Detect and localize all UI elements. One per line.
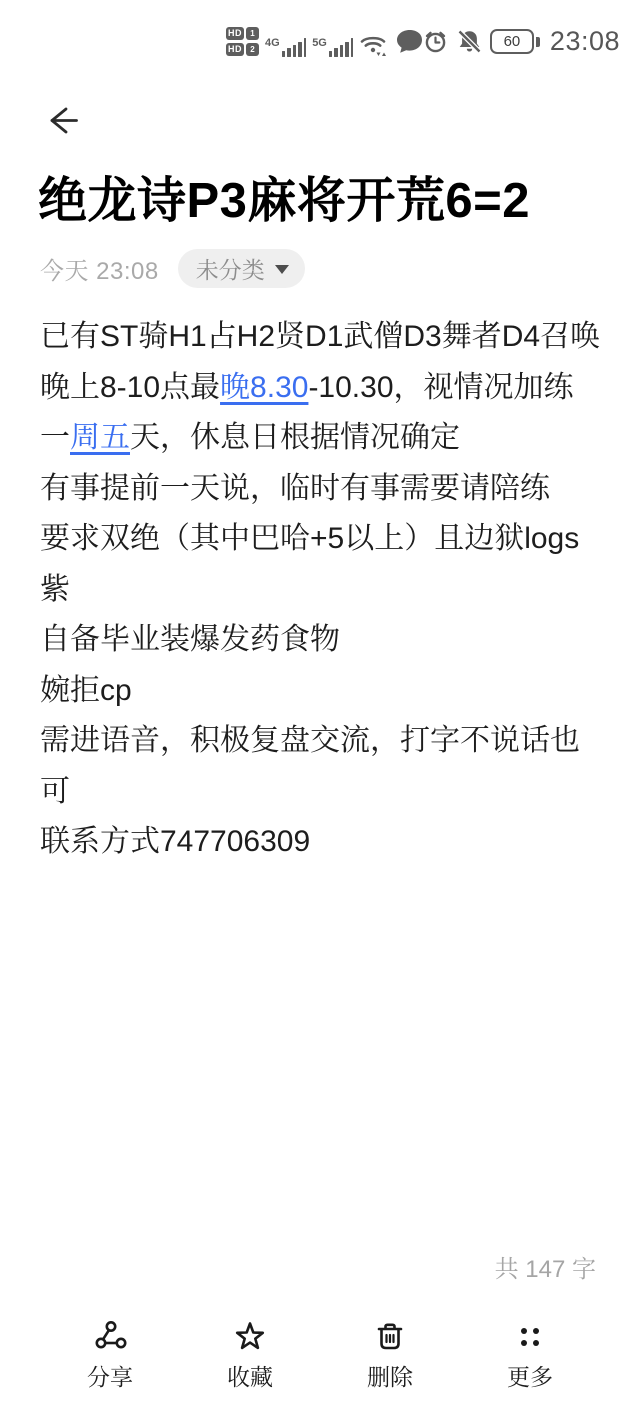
body-text: 晚上8-10点最 <box>40 371 220 404</box>
category-selector[interactable]: 未分类 <box>178 249 305 288</box>
chevron-down-icon <box>275 265 289 274</box>
body-text: 已有ST骑H1占H2贤D1武僧D3舞者D4召唤 <box>40 320 600 353</box>
volte-hd-icons: HD 1 HD 2 <box>226 27 259 56</box>
body-line: 已有ST骑H1占H2贤D1武僧D3舞者D4召唤 <box>40 312 602 363</box>
trash-icon <box>372 1318 408 1354</box>
status-left-cluster: HD 1 HD 2 4G 5G <box>226 27 424 57</box>
delete-label: 删除 <box>367 1359 413 1392</box>
more-label: 更多 <box>507 1359 553 1392</box>
battery-icon: 60 <box>490 29 540 54</box>
status-bar: HD 1 HD 2 4G 5G <box>0 0 640 72</box>
body-line: 自备毕业装爆发药食物 <box>40 615 602 666</box>
word-count: 共 147 字 <box>495 1249 596 1284</box>
hd-badge: HD <box>226 27 244 40</box>
body-text: 婉拒cp <box>40 674 132 707</box>
network-type-label: 4G <box>265 37 280 49</box>
clock-time: 23:08 <box>550 26 620 57</box>
body-line: 联系方式747706309 <box>40 817 602 868</box>
signal-5g-icon: 5G <box>312 37 353 57</box>
sim1-number: 1 <box>246 27 259 40</box>
share-icon <box>92 1318 128 1354</box>
body-line: 婉拒cp <box>40 666 602 717</box>
category-label: 未分类 <box>196 252 265 285</box>
note-meta-row: 今天 23:08 未分类 <box>40 249 305 288</box>
favorite-button[interactable]: 收藏 <box>180 1306 320 1408</box>
body-text: 有事提前一天说，临时有事需要请陪练 <box>40 472 550 505</box>
body-text: 需进语音，积极复盘交流，打字不说话也可 <box>40 724 580 808</box>
alarm-clock-icon <box>422 28 449 55</box>
star-icon <box>232 1318 268 1354</box>
bottom-toolbar: 分享 收藏 删除 更多 <box>0 1306 640 1408</box>
status-right-cluster: 60 23:08 <box>422 26 620 57</box>
network-type-label: 5G <box>312 37 327 49</box>
battery-level: 60 <box>504 33 521 50</box>
hd-sim2-icon: HD 2 <box>226 43 259 56</box>
more-icon <box>512 1318 548 1354</box>
body-line: 要求双绝（其中巴哈+5以上）且边狱logs紫 <box>40 514 602 615</box>
body-line: 一周五天，休息日根据情况确定 <box>40 413 602 464</box>
time-link[interactable]: 晚8.30 <box>220 371 308 404</box>
body-text: 自备毕业装爆发药食物 <box>40 623 340 656</box>
date-link[interactable]: 周五 <box>70 421 130 454</box>
back-button[interactable] <box>40 98 86 144</box>
share-label: 分享 <box>87 1359 133 1392</box>
body-line: 晚上8-10点最晚8.30-10.30，视情况加练 <box>40 363 602 414</box>
favorite-label: 收藏 <box>227 1359 273 1392</box>
delete-button[interactable]: 删除 <box>320 1306 460 1408</box>
body-line: 需进语音，积极复盘交流，打字不说话也可 <box>40 716 602 817</box>
wifi-icon <box>359 31 389 57</box>
share-button[interactable]: 分享 <box>40 1306 180 1408</box>
note-title[interactable]: 绝龙诗P3麻将开荒6=2 <box>38 162 620 232</box>
body-text: 联系方式747706309 <box>40 825 310 858</box>
notes-app-screen: HD 1 HD 2 4G 5G <box>0 0 640 1408</box>
signal-4g-icon: 4G <box>265 37 306 57</box>
notifications-muted-icon <box>456 28 483 55</box>
body-line: 有事提前一天说，临时有事需要请陪练 <box>40 464 602 515</box>
message-bubble-icon <box>395 28 424 55</box>
hd-badge: HD <box>226 43 244 56</box>
more-button[interactable]: 更多 <box>460 1306 600 1408</box>
note-body[interactable]: 已有ST骑H1占H2贤D1武僧D3舞者D4召唤 晚上8-10点最晚8.30-10… <box>40 312 602 868</box>
hd-sim1-icon: HD 1 <box>226 27 259 40</box>
body-text: 天，休息日根据情况确定 <box>130 421 460 454</box>
sim2-number: 2 <box>246 43 259 56</box>
note-date: 今天 23:08 <box>40 251 159 286</box>
body-text: 要求双绝（其中巴哈+5以上）且边狱logs紫 <box>40 522 579 606</box>
body-text: 一 <box>40 421 70 454</box>
body-text: -10.30，视情况加练 <box>308 371 573 404</box>
